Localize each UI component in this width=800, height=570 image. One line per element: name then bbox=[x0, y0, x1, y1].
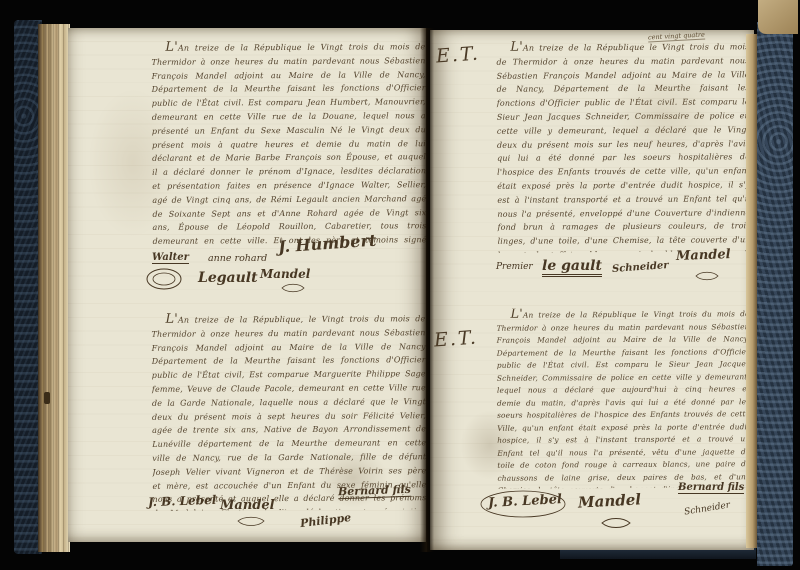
left-page: L'An treize de la République le Vingt tr… bbox=[68, 28, 426, 542]
signature-legault-2: le gault bbox=[542, 258, 602, 277]
signature-mandel-2: Mandel bbox=[220, 498, 275, 513]
paraph-circle-flourish bbox=[144, 266, 184, 292]
right-page-fore-edge bbox=[746, 34, 757, 548]
signature-schneider-2: Schneider bbox=[684, 500, 731, 517]
signature-premier: Premier bbox=[496, 262, 533, 272]
paraph-lebel-oval bbox=[478, 488, 568, 520]
signature-bernard-1: Bernard fils bbox=[338, 483, 411, 500]
signature-walter: Walter bbox=[152, 252, 189, 264]
paraph-mandel-3 bbox=[694, 270, 720, 282]
foundling-mark-1: E.T. bbox=[435, 42, 480, 67]
page-edge-fleck bbox=[44, 392, 50, 404]
signature-mandel-4: Mandel bbox=[578, 490, 642, 511]
signature-anne-rohard: anne rohard bbox=[208, 253, 267, 264]
paraph-mandel-4 bbox=[600, 516, 632, 530]
paraph-mandel-1 bbox=[280, 282, 306, 294]
birth-act-humbert: L'An treize de la République le Vingt tr… bbox=[151, 39, 426, 249]
photographed-register-spread: L'An treize de la République le Vingt tr… bbox=[0, 0, 800, 570]
foundling-mark-2: E.T. bbox=[433, 326, 478, 351]
signature-legault: Legault bbox=[198, 270, 258, 286]
paraph-mandel-2 bbox=[236, 515, 266, 528]
signature-bernard-2: Bernard fils bbox=[678, 482, 744, 494]
book-gutter-shadow bbox=[420, 28, 434, 552]
signature-mandel-3: Mandel bbox=[676, 247, 731, 264]
page-stack-fore-edge bbox=[38, 24, 70, 552]
book-cover-right-edge bbox=[757, 22, 793, 566]
signature-schneider-1: Schneider bbox=[612, 260, 669, 275]
cover-corner-wear-patch bbox=[758, 0, 798, 34]
birth-act-velier: L'An treize de la République, le Vingt t… bbox=[151, 311, 426, 511]
signature-philippe: Philippe bbox=[299, 511, 351, 530]
foundling-act-videl: L'An treize de la République le Vingt tr… bbox=[496, 307, 750, 489]
right-page: cent vingt quatre E.T. L'An treize de la… bbox=[430, 30, 754, 550]
signature-lebel-1: J. B. Lebel bbox=[148, 493, 217, 509]
foundling-act-charlebourg: L'An treize de la République le Vingt tr… bbox=[496, 39, 750, 253]
signature-mandel-1: Mandel bbox=[260, 267, 310, 281]
